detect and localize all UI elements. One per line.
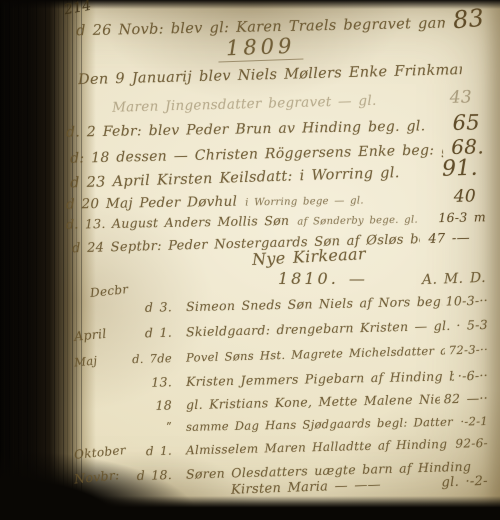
- entry-age: 91.: [442, 156, 479, 182]
- entry-age: 43: [449, 87, 472, 108]
- manuscript-scan: 214 d 26 Novb: blev gl: Karen Traels beg…: [0, 0, 500, 520]
- entry-month: [74, 409, 124, 414]
- entry-day: 18: [128, 397, 172, 413]
- entry-day: d 18.: [128, 467, 172, 483]
- entry-month: April: [73, 324, 124, 344]
- column-heading-age: A. M. D.: [422, 270, 486, 288]
- entry-interline-note: af Sønderby bege. gl.: [297, 210, 430, 227]
- entry-day: d. 7de: [128, 351, 172, 366]
- entry-age: ·-6-··: [458, 368, 488, 384]
- entry-age: · 5-3: [456, 317, 488, 333]
- entry-month: [74, 386, 124, 391]
- year-heading-1810: 1810. —: [278, 269, 368, 288]
- entry-age: 16-3 m: [438, 209, 486, 225]
- year-heading-1809: 1809: [218, 34, 304, 63]
- entry-age: gl. ·-2-: [441, 474, 488, 491]
- entry-age: 10-3-··: [445, 293, 488, 309]
- entry-interline-note: i Worring bege — gl.: [245, 190, 446, 208]
- entry-age: 92-6-: [455, 436, 488, 451]
- entry-day: [128, 496, 172, 498]
- entry-age: 65: [452, 110, 480, 134]
- entry-age: 83: [452, 4, 486, 35]
- entry-age: 82 —··: [444, 390, 488, 406]
- entry-age: ·-2-1: [460, 414, 488, 429]
- entry-month: [74, 430, 124, 434]
- entry-month: Novbr:: [73, 467, 124, 487]
- entry-month: Oktober: [74, 443, 125, 462]
- entry-age: 72-3-··: [449, 342, 489, 357]
- entry-day: d 1.: [128, 325, 172, 341]
- entry-age: 40: [454, 186, 477, 206]
- entry-month: [74, 311, 124, 316]
- entry-day: ʺ: [128, 420, 172, 435]
- entry-day: 13.: [128, 374, 172, 390]
- entry-text: d 20 Maj Peder Døvhul: [66, 194, 237, 213]
- entry-age: 47 -—: [428, 231, 470, 247]
- entry-month: [74, 496, 124, 501]
- entry-day: d 3.: [128, 299, 172, 315]
- entry-day: d 1.: [128, 444, 172, 459]
